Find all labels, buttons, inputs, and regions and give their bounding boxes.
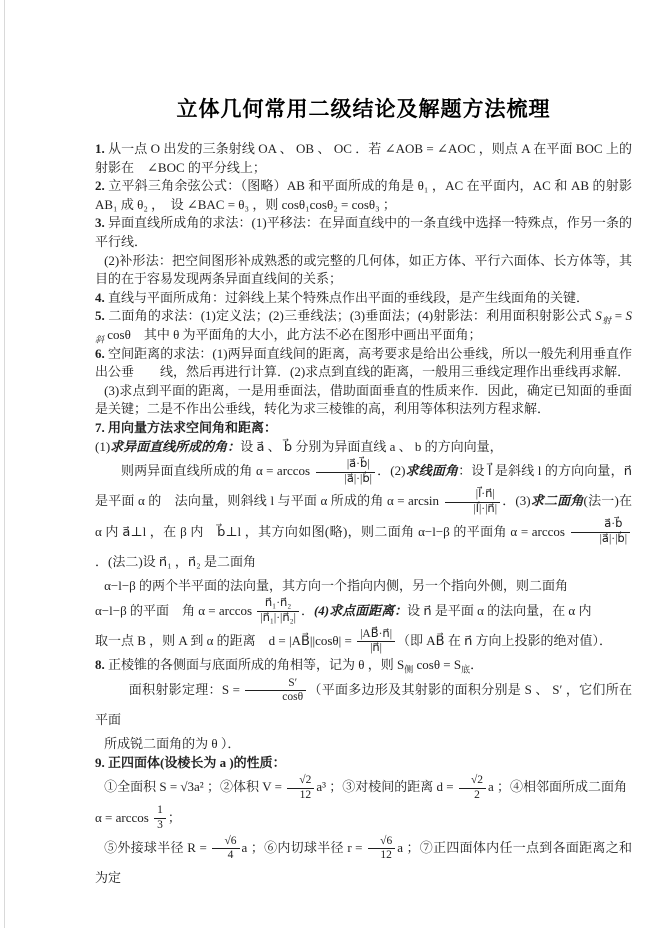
item-9-heading-text: 正四面体(设棱长为 a )的性质： xyxy=(105,755,286,770)
item-8-number: 8. xyxy=(95,657,105,672)
dihedral-normals-fraction: n⃗₁·n⃗₂|n⃗₁|·|n⃗₂| xyxy=(257,597,299,626)
dihedral-formula-lead: α−l−β 的平面 角 α = arccos xyxy=(95,603,255,618)
item-2: 2. 立平斜三角余弦公式：（图略）AB 和平面所成的角是 θ₁ ，AC 在平面内… xyxy=(95,177,632,214)
label-2: ．(2) xyxy=(377,463,405,478)
item-3-text: 异面直线所成角的求法：(1)平移法：在异面直线中的一条直线中选择一特殊点，作另一… xyxy=(95,215,632,249)
item-7-heading: 7. 用向量方法求空间角和距离： xyxy=(95,419,632,438)
insphere-fraction: √612 xyxy=(368,835,395,864)
point-plane-distance-formula: 取一点 B ，则 A 到 α 的距离 d = |AB⃗||cosθ| = |AB… xyxy=(95,626,632,656)
dihedral-method-2-lead: ．(法二)设 n⃗₁ ，n⃗₂ 是二面角 xyxy=(95,554,256,569)
area-projection-fraction: S′cosθ xyxy=(245,677,306,706)
period: ． xyxy=(301,603,314,618)
item-5-number: 5. xyxy=(95,308,105,323)
dihedral-method-2-line: α−l−β 的两个半平面的法向量，其方向一个指向内侧，另一个指向外侧，则二面角 xyxy=(104,578,568,593)
item-5: 5. 二面角的求法：(1)定义法；(2)三垂线法；(3)垂面法；(4)射影法：利… xyxy=(95,307,632,344)
item-8-text-a: 正棱锥的各侧面与底面所成的角相等，记为 θ ，则 S xyxy=(105,657,404,672)
item-9-heading: 9. 正四面体(设棱长为 a )的性质： xyxy=(95,754,632,773)
distance-formula-note: （即 AB⃗ 在 n⃗ 方向上投影的绝对值）． xyxy=(397,633,612,648)
item-2-number: 2. xyxy=(95,178,105,193)
insphere-text: a ；⑥内切球半径 r = xyxy=(242,840,367,855)
dihedral-method-2-text: α−l−β 的两个半平面的法向量，其方向一个指向内侧，另一个指向外侧，则二面角 xyxy=(95,577,632,596)
dihedral-method-2-formula: α−l−β 的平面 角 α = arccos n⃗₁·n⃗₂|n⃗₁|·|n⃗₂… xyxy=(95,596,632,626)
item-6-sub-3-text: (3)求点到平面的距离，一是用垂面法，借助面面垂直的性质来作．因此，确定已知面的… xyxy=(95,383,632,417)
circumsphere-fraction: √64 xyxy=(212,835,239,864)
item-8-text-c: ． xyxy=(470,657,483,672)
area-projection-note-end-text: 所成锐二面角的为 θ ）． xyxy=(104,736,240,751)
distance-fraction: |AB⃗·n⃗||n⃗| xyxy=(357,628,395,657)
dihedral-method-1-fraction: a⃗·b⃗|a⃗|·|b⃗| xyxy=(571,518,630,547)
item-3-sub-2: (2)补形法：把空间图形补成熟悉的或完整的几何体，如正方体、平行六面体、长方体等… xyxy=(95,252,632,289)
item-7-sub-1-text: 设 a⃗ 、 b⃗ 分别为异面直线 a 、 b 的方向向量， xyxy=(240,439,503,454)
skew-angle-formula-lead: 则两异面直线所成的角 α = arccos xyxy=(121,463,314,478)
tetra-dihedral-end: ； xyxy=(168,810,181,825)
subscript-lateral: 侧 xyxy=(404,665,413,675)
one-third-fraction: 13 xyxy=(154,804,166,833)
item-8-text-b: cosθ = S xyxy=(413,657,461,672)
document-page: { "doc": { "title": "立体几何常用二级结论及解题方法梳理",… xyxy=(0,0,665,928)
tetrahedron-props-2: ⑤外接球半径 R = √64a ；⑥内切球半径 r = √612a ；⑦正四面体… xyxy=(95,833,632,893)
tetra-surface-volume-text: ①全面积 S = √3a² ；②体积 V = xyxy=(104,779,285,794)
item-3-number: 3. xyxy=(95,215,105,230)
line-plane-angle-subheading: 求线面角 xyxy=(405,463,458,478)
vector-formula-block: 则两异面直线所成的角 α = arccos |a⃗·b⃗||a⃗|·|b⃗|．(… xyxy=(95,456,632,577)
item-2-text: 立平斜三角余弦公式：（图略）AB 和平面所成的角是 θ₁ ，AC 在平面内，AC… xyxy=(95,178,632,212)
page-title: 立体几何常用二级结论及解题方法梳理 xyxy=(95,96,632,124)
distance-formula-lead: 取一点 B ，则 A 到 α 的距离 d = |AB⃗||cosθ| = xyxy=(95,633,355,648)
item-9-number: 9. xyxy=(95,755,105,770)
item-7-number: 7. xyxy=(95,420,105,435)
item-7-sub-1-label: (1) xyxy=(95,439,110,454)
equals-sign: = xyxy=(611,308,625,323)
item-8: 8. 正棱锥的各侧面与底面所成的角相等，记为 θ ，则 S侧 cosθ = S底… xyxy=(95,656,632,675)
item-5-text-b: cosθ 其中 θ 为平面角的大小，此方法不必在图形中画出平面角； xyxy=(104,327,482,342)
item-4-text: 直线与平面所成角：过斜线上某个特殊点作出平面的垂线段，是产生线面角的关键． xyxy=(105,290,589,305)
item-6: 6. 空间距离的求法：(1)两异面直线间的距离，高考要求是给出公垂线，所以一般先… xyxy=(95,345,632,382)
skew-angle-fraction: |a⃗·b⃗||a⃗|·|b⃗| xyxy=(316,458,375,487)
item-1: 1. 从一点 O 出发的三条射线 OA 、 OB 、 OC ．若 ∠AOB = … xyxy=(95,140,632,177)
area-projection-theorem: 面积射影定理：S = S′cosθ（平面多边形及其射影的面积分别是 S 、 S′… xyxy=(95,675,632,735)
item-6-sub-3: (3)求点到平面的距离，一是用垂面法，借助面面垂直的性质来作．因此，确定已知面的… xyxy=(95,382,632,419)
item-3: 3. 异面直线所成角的求法：(1)平移法：在异面直线中的一条直线中选择一特殊点，… xyxy=(95,214,632,251)
page-edge-line xyxy=(4,0,5,928)
area-projection-note-end: 所成锐二面角的为 θ ）． xyxy=(95,735,632,754)
point-plane-distance-text: 设 n⃗ 是平面 α 的法向量，在 α 内 xyxy=(407,603,591,618)
skew-angle-subheading: 求异面直线所成的角： xyxy=(110,439,240,454)
dihedral-angle-subheading: 求二面角 xyxy=(531,493,584,508)
item-5-text-a: 二面角的求法：(1)定义法；(2)三垂线法；(3)垂面法；(4)射影法：利用面积… xyxy=(105,308,596,323)
subscript-base: 底 xyxy=(461,665,470,675)
tetrahedron-props-1: ①全面积 S = √3a² ；②体积 V = √212a³ ；③对棱间的距离 d… xyxy=(95,772,632,802)
circumsphere-text: ⑤外接球半径 R = xyxy=(104,840,210,855)
item-7-heading-text: 用向量方法求空间角和距离： xyxy=(105,420,277,435)
tetrahedron-dihedral-formula: α = arccos 13； xyxy=(95,803,632,833)
item-1-number: 1. xyxy=(95,141,105,156)
item-1-text: 从一点 O 出发的三条射线 OA 、 OB 、 OC ．若 ∠AOB = ∠AO… xyxy=(95,141,632,175)
item-3-sub-2-text: (2)补形法：把空间图形补成熟悉的或完整的几何体，如正方体、平行六面体、长方体等… xyxy=(95,253,632,287)
tetra-edge-distance-text: a³ ；③对棱间的距离 d = xyxy=(316,779,457,794)
line-plane-angle-fraction: |l⃗·n⃗||l⃗|·|n⃗| xyxy=(445,488,501,517)
tetra-dihedral-lead: α = arccos xyxy=(95,810,152,825)
item-6-number: 6. xyxy=(95,346,105,361)
label-3: ．(3) xyxy=(502,493,531,508)
area-projection-var-s-she: S射 xyxy=(595,308,611,323)
item-4: 4. 直线与平面所成角：过斜线上某个特殊点作出平面的垂线段，是产生线面角的关键． xyxy=(95,289,632,308)
document-content: 立体几何常用二级结论及解题方法梳理 1. 从一点 O 出发的三条射线 OA 、 … xyxy=(95,96,632,893)
item-4-number: 4. xyxy=(95,290,105,305)
item-7-sub-1: (1)求异面直线所成的角：设 a⃗ 、 b⃗ 分别为异面直线 a 、 b 的方向… xyxy=(95,438,632,457)
item-6-text: 空间距离的求法：(1)两异面直线间的距离，高考要求是给出公垂线，所以一般先利用垂… xyxy=(95,346,632,380)
tetra-adjacent-faces-text: a ；④相邻面所成二面角 xyxy=(488,779,627,794)
edge-distance-fraction: √22 xyxy=(459,774,486,803)
point-plane-distance-subheading: (4)求点面距离： xyxy=(314,603,407,618)
volume-fraction: √212 xyxy=(287,774,314,803)
area-projection-lead: 面积射影定理：S = xyxy=(129,682,244,697)
